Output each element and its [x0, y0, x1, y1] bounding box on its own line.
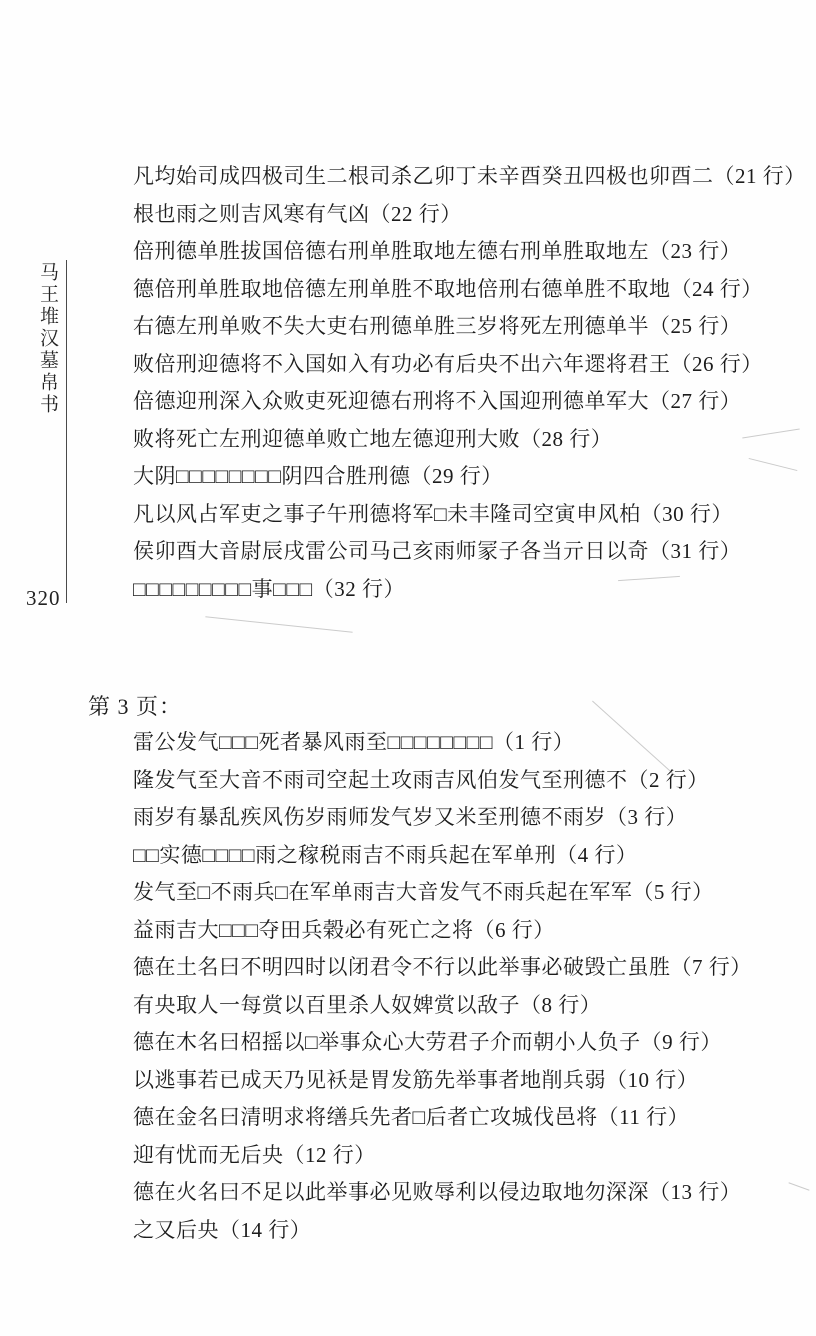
- text-line: □□□□□□□□□事□□□（32 行）: [133, 571, 806, 609]
- text-line: 倍德迎刑深入众败吏死迎德右刑将不入国迎刑德单军大（27 行）: [133, 383, 806, 421]
- scanned-book-page: 马王堆汉墓帛书 320 凡均始司成四极司生二根司杀乙卯丁未辛酉癸丑四极也卯酉二（…: [0, 0, 816, 1336]
- transcription-block-1: 凡均始司成四极司生二根司杀乙卯丁未辛酉癸丑四极也卯酉二（21 行） 根也雨之则吉…: [133, 158, 806, 608]
- text-line: 雷公发气□□□死者暴风雨至□□□□□□□□（1 行）: [133, 724, 752, 762]
- text-line: 败将死亡左刑迎德单败亡地左德迎刑大败（28 行）: [133, 421, 806, 459]
- text-line: 败倍刑迎德将不入国如入有功必有后央不出六年遝将君王（26 行）: [133, 346, 806, 384]
- text-line: 德倍刑单胜取地倍德左刑单胜不取地倍刑右德单胜不取地（24 行）: [133, 271, 806, 309]
- transcription-block-2: 雷公发气□□□死者暴风雨至□□□□□□□□（1 行） 隆发气至大音不雨司空起土攻…: [133, 724, 752, 1249]
- text-line: 之又后央（14 行）: [133, 1212, 752, 1250]
- scan-artifact: [205, 616, 352, 632]
- text-line: □□实德□□□□雨之稼税雨吉不雨兵起在军单刑（4 行）: [133, 837, 752, 875]
- text-line: 大阴□□□□□□□□阴四合胜刑德（29 行）: [133, 458, 806, 496]
- text-line: 侯卯酉大音尉辰戌雷公司马己亥雨师冡子各当亓日以奇（31 行）: [133, 533, 806, 571]
- scan-artifact: [788, 1182, 809, 1190]
- text-line: 倍刑德单胜拔国倍德右刑单胜取地左德右刑单胜取地左（23 行）: [133, 233, 806, 271]
- section-header-page-3: 第 3 页：: [88, 690, 182, 721]
- text-line: 隆发气至大音不雨司空起土攻雨吉风伯发气至刑德不（2 行）: [133, 762, 752, 800]
- text-line: 雨岁有暴乱疾风伤岁雨师发气岁又米至刑德不雨岁（3 行）: [133, 799, 752, 837]
- text-line: 德在土名曰不明四时以闭君令不行以此举事必破毁亡虽胜（7 行）: [133, 949, 752, 987]
- book-title-vertical: 马王堆汉墓帛书: [34, 262, 61, 416]
- text-line: 德在金名曰清明求将缮兵先者□后者亡攻城伐邑将（11 行）: [133, 1099, 752, 1137]
- text-line: 以逃事若已成天乃见袄是胃发筋先举事者地削兵弱（10 行）: [133, 1062, 752, 1100]
- text-line: 凡均始司成四极司生二根司杀乙卯丁未辛酉癸丑四极也卯酉二（21 行）: [133, 158, 806, 196]
- text-line: 迎有忧而无后央（12 行）: [133, 1137, 752, 1175]
- text-line: 益雨吉大□□□夺田兵榖必有死亡之将（6 行）: [133, 912, 752, 950]
- text-line: 凡以风占军吏之事子午刑德将军□未丰隆司空寅申风柏（30 行）: [133, 496, 806, 534]
- text-line: 有央取人一每赏以百里杀人奴婢赏以敌子（8 行）: [133, 987, 752, 1025]
- text-line: 德在火名曰不足以此举事必见败辱利以侵边取地勿深深（13 行）: [133, 1174, 752, 1212]
- text-line: 右德左刑单败不失大吏右刑德单胜三岁将死左刑德单半（25 行）: [133, 308, 806, 346]
- sidebar-divider-line: [66, 260, 67, 603]
- text-line: 发气至□不雨兵□在军单雨吉大音发气不雨兵起在军军（5 行）: [133, 874, 752, 912]
- text-line: 德在木名曰柖摇以□举事众心大劳君子介而朝小人负子（9 行）: [133, 1024, 752, 1062]
- text-line: 根也雨之则吉风寒有气凶（22 行）: [133, 196, 806, 234]
- page-number: 320: [26, 586, 61, 611]
